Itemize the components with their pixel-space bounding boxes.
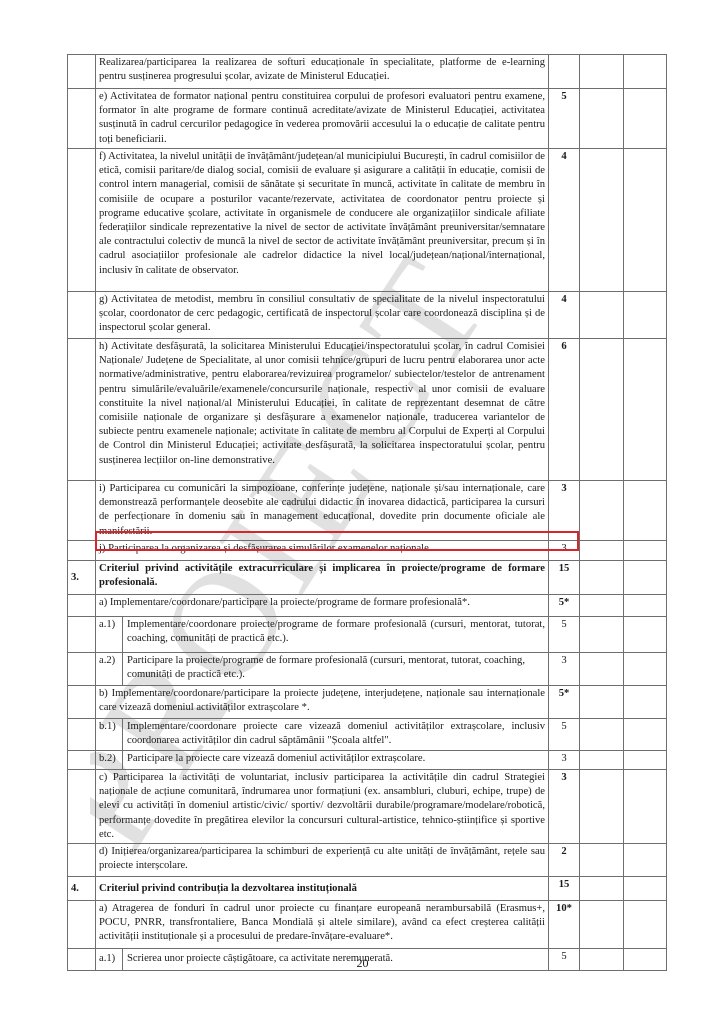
table-row: a.2) Participare la proiecte/programe de…: [68, 653, 667, 686]
max-score: [549, 55, 580, 89]
sub-criterion-text: Participare la proiecte care vizează dom…: [123, 751, 548, 769]
row-number-cell: [68, 770, 96, 844]
row-number-cell: [68, 595, 96, 617]
row-number-cell: [68, 339, 96, 481]
table-row: h) Activitate desfășurată, la solicitare…: [68, 339, 667, 481]
evaluation-criteria-table: Realizarea/participarea la realizarea de…: [67, 54, 667, 971]
commission-evaluation-cell[interactable]: [624, 877, 667, 901]
criterion-text: a) Atragerea de fonduri în cadrul unor p…: [96, 901, 549, 949]
max-score: 3: [549, 770, 580, 844]
criterion-text: b) Implementare/coordonare/participare l…: [96, 686, 549, 719]
self-evaluation-cell[interactable]: [580, 149, 624, 292]
row-number-cell: [68, 844, 96, 877]
self-evaluation-cell[interactable]: [580, 686, 624, 719]
row-number-cell: [68, 541, 96, 561]
sub-criterion-label: b.1): [96, 719, 123, 750]
table-row: b) Implementare/coordonare/participare l…: [68, 686, 667, 719]
sub-criterion-label: b.2): [96, 751, 123, 769]
max-score: 4: [549, 292, 580, 339]
criterion-text: e) Activitatea de formator național pent…: [96, 89, 549, 149]
row-number-cell: [68, 617, 96, 653]
row-number-cell: [68, 686, 96, 719]
max-score: 3: [549, 541, 580, 561]
commission-evaluation-cell[interactable]: [624, 770, 667, 844]
commission-evaluation-cell[interactable]: [624, 339, 667, 481]
sub-criterion-cell: b.1) Implementare/coordonare proiecte ca…: [96, 719, 549, 751]
table-row: b.1) Implementare/coordonare proiecte ca…: [68, 719, 667, 751]
self-evaluation-cell[interactable]: [580, 770, 624, 844]
commission-evaluation-cell[interactable]: [624, 149, 667, 292]
self-evaluation-cell[interactable]: [580, 844, 624, 877]
sub-criterion-text: Implementare/coordonare proiecte/program…: [123, 617, 548, 652]
self-evaluation-cell[interactable]: [580, 292, 624, 339]
max-score: 5*: [549, 595, 580, 617]
criterion-text: c) Participarea la activități de volunta…: [96, 770, 549, 844]
table-row-highlighted: j) Participarea la organizarea și desfăș…: [68, 541, 667, 561]
table-row: c) Participarea la activități de volunta…: [68, 770, 667, 844]
criterion-title: Criteriul privind activitățile extracurr…: [96, 561, 549, 595]
max-score: 3: [549, 481, 580, 541]
sub-criterion-cell: b.2) Participare la proiecte care vizeaz…: [96, 751, 549, 770]
self-evaluation-cell[interactable]: [580, 55, 624, 89]
self-evaluation-cell[interactable]: [580, 561, 624, 595]
max-score: 3: [549, 751, 580, 770]
commission-evaluation-cell[interactable]: [624, 844, 667, 877]
row-number-cell: [68, 292, 96, 339]
criterion-text: j) Participarea la organizarea și desfăș…: [96, 541, 549, 561]
max-score: 15: [549, 877, 580, 901]
sub-criterion-cell: a.1) Implementare/coordonare proiecte/pr…: [96, 617, 549, 653]
max-score: 5*: [549, 686, 580, 719]
commission-evaluation-cell[interactable]: [624, 901, 667, 949]
criterion-header-row: 3. Criteriul privind activitățile extrac…: [68, 561, 667, 595]
row-number-cell: [68, 719, 96, 751]
commission-evaluation-cell[interactable]: [624, 541, 667, 561]
row-number-cell: [68, 751, 96, 770]
sub-criterion-label: a.2): [96, 653, 123, 685]
self-evaluation-cell[interactable]: [580, 595, 624, 617]
max-score: 2: [549, 844, 580, 877]
document-page: PROIECT Realizarea/participarea la reali…: [0, 0, 725, 1024]
criterion-text: g) Activitatea de metodist, membru în co…: [96, 292, 549, 339]
table-row: a) Atragerea de fonduri în cadrul unor p…: [68, 901, 667, 949]
table-row: a.1) Implementare/coordonare proiecte/pr…: [68, 617, 667, 653]
self-evaluation-cell[interactable]: [580, 901, 624, 949]
page-number: 20: [0, 956, 725, 971]
commission-evaluation-cell[interactable]: [624, 89, 667, 149]
table-row: b.2) Participare la proiecte care vizeaz…: [68, 751, 667, 770]
max-score: 3: [549, 653, 580, 686]
max-score: 6: [549, 339, 580, 481]
criterion-number: 4.: [68, 877, 96, 901]
sub-criterion-cell: a.2) Participare la proiecte/programe de…: [96, 653, 549, 686]
commission-evaluation-cell[interactable]: [624, 686, 667, 719]
criterion-number: 3.: [68, 561, 96, 595]
commission-evaluation-cell[interactable]: [624, 481, 667, 541]
commission-evaluation-cell[interactable]: [624, 292, 667, 339]
commission-evaluation-cell[interactable]: [624, 751, 667, 770]
row-number-cell: [68, 149, 96, 292]
commission-evaluation-cell[interactable]: [624, 617, 667, 653]
self-evaluation-cell[interactable]: [580, 877, 624, 901]
row-number-cell: [68, 89, 96, 149]
commission-evaluation-cell[interactable]: [624, 561, 667, 595]
self-evaluation-cell[interactable]: [580, 541, 624, 561]
self-evaluation-cell[interactable]: [580, 89, 624, 149]
criterion-text: h) Activitate desfășurată, la solicitare…: [96, 339, 549, 481]
table-row: Realizarea/participarea la realizarea de…: [68, 55, 667, 89]
self-evaluation-cell[interactable]: [580, 481, 624, 541]
row-number-cell: [68, 55, 96, 89]
row-number-cell: [68, 481, 96, 541]
commission-evaluation-cell[interactable]: [624, 595, 667, 617]
max-score: 5: [549, 719, 580, 751]
commission-evaluation-cell[interactable]: [624, 719, 667, 751]
table-row: f) Activitatea, la nivelul unității de î…: [68, 149, 667, 292]
max-score: 5: [549, 617, 580, 653]
max-score: 4: [549, 149, 580, 292]
criterion-text: Realizarea/participarea la realizarea de…: [96, 55, 549, 89]
commission-evaluation-cell[interactable]: [624, 653, 667, 686]
self-evaluation-cell[interactable]: [580, 339, 624, 481]
criterion-text: d) Inițierea/organizarea/participarea la…: [96, 844, 549, 877]
max-score: 5: [549, 89, 580, 149]
table-row: g) Activitatea de metodist, membru în co…: [68, 292, 667, 339]
criterion-text: a) Implementare/coordonare/participare l…: [96, 595, 549, 617]
row-number-cell: [68, 901, 96, 949]
max-score: 15: [549, 561, 580, 595]
sub-criterion-label: a.1): [96, 617, 123, 652]
sub-criterion-text: Implementare/coordonare proiecte care vi…: [123, 719, 548, 750]
self-evaluation-cell[interactable]: [580, 751, 624, 770]
criterion-text: f) Activitatea, la nivelul unității de î…: [96, 149, 549, 292]
table-row: d) Inițierea/organizarea/participarea la…: [68, 844, 667, 877]
criterion-title: Criteriul privind contribuția la dezvolt…: [96, 877, 549, 901]
self-evaluation-cell[interactable]: [580, 719, 624, 751]
table-row: e) Activitatea de formator național pent…: [68, 89, 667, 149]
self-evaluation-cell[interactable]: [580, 617, 624, 653]
commission-evaluation-cell[interactable]: [624, 55, 667, 89]
self-evaluation-cell[interactable]: [580, 653, 624, 686]
table-row: i) Participarea cu comunicări la simpozi…: [68, 481, 667, 541]
table-row: a) Implementare/coordonare/participare l…: [68, 595, 667, 617]
row-number-cell: [68, 653, 96, 686]
max-score: 10*: [549, 901, 580, 949]
sub-criterion-text: Participare la proiecte/programe de form…: [123, 653, 548, 685]
criterion-text: i) Participarea cu comunicări la simpozi…: [96, 481, 549, 541]
criterion-header-row: 4. Criteriul privind contribuția la dezv…: [68, 877, 667, 901]
